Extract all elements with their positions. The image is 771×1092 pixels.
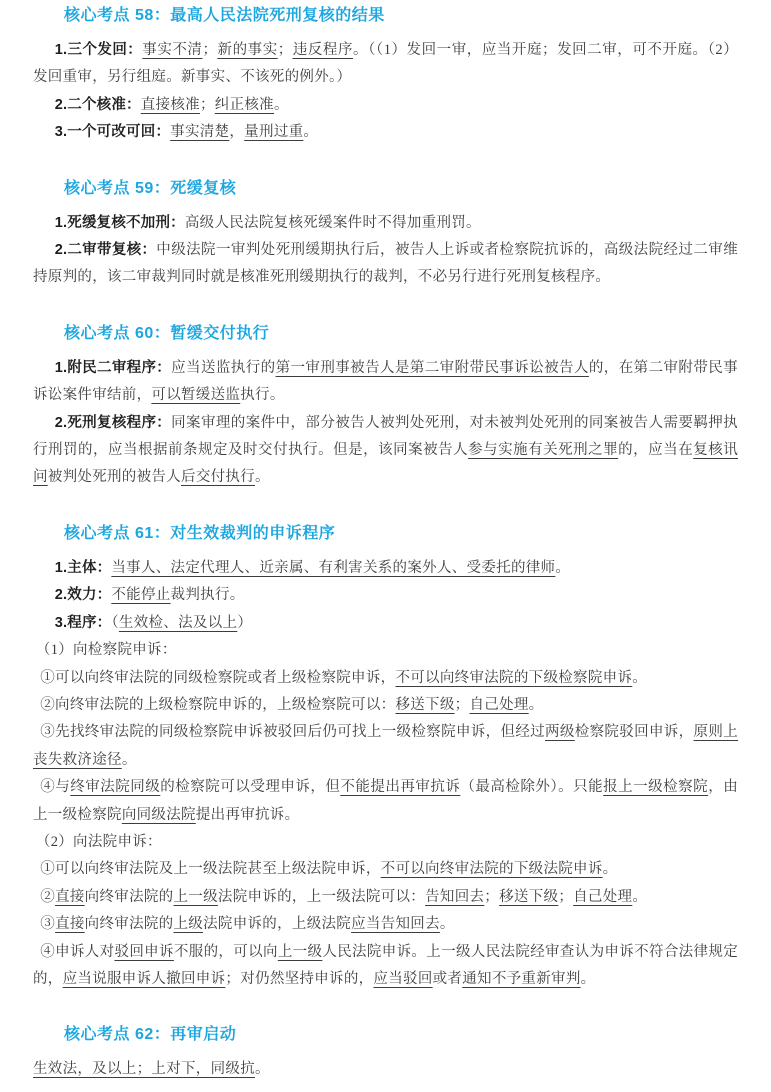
- text-run: ；: [558, 889, 573, 905]
- section-60: 核心考点 60：暂缓交付执行1.附民二审程序：应当送监执行的第一审刑事被告人是第…: [33, 323, 738, 492]
- underlined-key-phrase: 两级: [545, 724, 575, 740]
- underlined-key-phrase: 违反程序: [293, 42, 353, 58]
- section-61: 核心考点 61：对生效裁判的申诉程序1.主体：当事人、法定代理人、近亲属、有利害…: [33, 523, 738, 994]
- underlined-key-phrase: 第一审刑事被告人是第二审附带民事诉讼被告人: [276, 360, 589, 376]
- text-run: （: [111, 615, 119, 631]
- paragraph: ②向终审法院的上级检察院申诉的，上级检察院可以：移送下级；自己处理。: [33, 692, 738, 719]
- text-run: ；: [455, 697, 470, 713]
- underlined-key-phrase: 直接: [55, 889, 85, 905]
- paragraph: 3.一个可改可回：事实清楚，量刑过重。: [33, 119, 738, 146]
- text-run: 法院申诉的，上一级法院可以：: [218, 889, 425, 905]
- text-run: 。: [440, 916, 455, 932]
- underlined-key-phrase: 应当说服申诉人撤回申诉: [63, 971, 226, 987]
- paragraph: ①可以向终审法院的同级检察院或者上级检察院申诉，不可以向终审法院的下级检察院申诉…: [33, 665, 738, 692]
- section-title: 核心考点 58：最高人民法院死刑复核的结果: [64, 5, 738, 26]
- paragraph: ②直接向终审法院的上一级法院申诉的，上一级法院可以：告知回去；移送下级；自己处理…: [33, 884, 738, 911]
- underlined-key-phrase: 上一级: [278, 944, 323, 960]
- underlined-key-phrase: 纠正核准: [215, 97, 274, 113]
- bold-label: 2.二审带复核：: [55, 242, 157, 258]
- text-run: 裁判执行。: [171, 587, 245, 603]
- text-run: ③: [40, 916, 55, 932]
- paragraph: 1.主体：当事人、法定代理人、近亲属、有利害关系的案外人、受委托的律师。: [33, 555, 738, 582]
- paragraph: ③先找终审法院的同级检察院申诉被驳回后仍可找上一级检察院申诉，但经过两级检察院驳…: [33, 719, 738, 774]
- text-run: ④申诉人对: [40, 944, 114, 960]
- underlined-key-phrase: 参与实施有关死刑之罪: [468, 442, 618, 458]
- paragraph: 生效法，及以上；上对下，同级抗。: [33, 1056, 738, 1083]
- text-run: ；: [200, 97, 215, 113]
- text-run: 。: [555, 560, 570, 576]
- text-run: 应当送监执行的: [171, 360, 275, 376]
- paragraph: 2.二个核准：直接核准；纠正核准。: [33, 92, 738, 119]
- underlined-key-phrase: 生效检、法及以上: [119, 615, 237, 631]
- text-run: 。: [255, 469, 270, 485]
- paragraph: 1.三个发回：事实不清；新的事实；违反程序。（（1）发回一审，应当开庭；发回二审…: [33, 37, 738, 92]
- text-run: ④与: [40, 779, 70, 795]
- bold-label: 2.死刑复核程序：: [55, 415, 171, 431]
- section-title: 核心考点 59：死缓复核: [64, 178, 738, 199]
- text-run: （2）向法院申诉：: [36, 834, 162, 850]
- text-run: 高级人民法院复核死缓案件时不得加重刑罚。: [185, 215, 481, 231]
- text-run: 。: [255, 1061, 270, 1077]
- text-run: 不服的，可以向: [174, 944, 278, 960]
- underlined-key-phrase: 报上一级检察院: [603, 779, 708, 795]
- underlined-key-phrase: 向同级法院: [122, 807, 196, 823]
- paragraph: ③直接向终审法院的上级法院申诉的，上级法院应当告知回去。: [33, 911, 738, 938]
- underlined-key-phrase: 事实清楚: [170, 124, 229, 140]
- underlined-key-phrase: 上一级: [173, 889, 217, 905]
- section-title: 核心考点 60：暂缓交付执行: [64, 323, 738, 344]
- underlined-key-phrase: 上级: [173, 916, 203, 932]
- text-run: ；: [278, 42, 293, 58]
- underlined-key-phrase: 自己处理: [469, 697, 528, 713]
- paragraph: 1.附民二审程序：应当送监执行的第一审刑事被告人是第二审附带民事诉讼被告人的，在…: [33, 355, 738, 410]
- underlined-key-phrase: 通知不予重新审判: [462, 971, 580, 987]
- paragraph: 2.效力：不能停止裁判执行。: [33, 582, 738, 609]
- paragraph: （2）向法院申诉：: [33, 829, 738, 856]
- paragraph: 2.死刑复核程序：同案审理的案件中，部分被告人被判处死刑，对未被判处死刑的同案被…: [33, 410, 738, 492]
- text-run: 向终审法院的: [85, 916, 174, 932]
- underlined-key-phrase: 移送下级: [499, 889, 558, 905]
- paragraph: ④申诉人对驳回申诉不服的，可以向上一级人民法院申诉。上一级人民法院经审查认为申诉…: [33, 939, 738, 994]
- text-run: 提出再审抗诉。: [196, 807, 300, 823]
- text-run: 。: [274, 97, 289, 113]
- underlined-key-phrase: 不能提出再审抗诉: [340, 779, 460, 795]
- paragraph: 1.死缓复核不加刑：高级人民法院复核死缓案件时不得加重刑罚。: [33, 210, 738, 237]
- text-run: 法院申诉的，上级法院: [203, 916, 351, 932]
- underlined-key-phrase: 自己处理: [573, 889, 632, 905]
- text-run: 。: [529, 697, 544, 713]
- underlined-key-phrase: 不可以向终审法院的下级检察院申诉: [395, 670, 632, 686]
- text-run: 。: [122, 752, 137, 768]
- underlined-key-phrase: 不能停止: [111, 587, 170, 603]
- bold-label: 3.一个可改可回：: [55, 124, 170, 140]
- text-run: ）: [237, 615, 252, 631]
- bold-label: 3.程序：: [55, 615, 112, 631]
- underlined-key-phrase: 生效法，及以上；上对下，同级抗: [33, 1061, 255, 1077]
- text-run: ，: [229, 124, 244, 140]
- paragraph: ①可以向终审法院及上一级法院甚至上级法院申诉，不可以向终审法院的下级法院申诉。: [33, 856, 738, 883]
- text-run: ②: [40, 889, 55, 905]
- text-run: ①可以向终审法院及上一级法院甚至上级法院申诉，: [40, 861, 380, 877]
- bold-label: 1.三个发回：: [55, 42, 143, 58]
- section-59: 核心考点 59：死缓复核1.死缓复核不加刑：高级人民法院复核死缓案件时不得加重刑…: [33, 178, 738, 292]
- bold-label: 1.死缓复核不加刑：: [55, 215, 185, 231]
- bold-label: 2.效力：: [55, 587, 112, 603]
- paragraph: 2.二审带复核：中级法院一审判处死刑缓期执行后，被告人上诉或者检察院抗诉的，高级…: [33, 237, 738, 292]
- underlined-key-phrase: 当事人、法定代理人、近亲属、有利害关系的案外人、受委托的律师: [111, 560, 555, 576]
- text-run: 的，应当在: [618, 442, 693, 458]
- underlined-key-phrase: 事实不清: [142, 42, 202, 58]
- text-run: 。: [581, 971, 596, 987]
- text-run: 。: [603, 861, 618, 877]
- section-58: 核心考点 58：最高人民法院死刑复核的结果1.三个发回：事实不清；新的事实；违反…: [33, 5, 738, 147]
- underlined-key-phrase: 不可以向终审法院的下级法院申诉: [381, 861, 603, 877]
- underlined-key-phrase: 移送下级: [395, 697, 454, 713]
- text-run: ②向终审法院的上级检察院申诉的，上级检察院可以：: [40, 697, 395, 713]
- underlined-key-phrase: 直接: [55, 916, 85, 932]
- section-title: 核心考点 62：再审启动: [64, 1024, 738, 1045]
- underlined-key-phrase: 终审法院同级: [70, 779, 160, 795]
- text-run: 的检察院可以受理申诉，但: [160, 779, 340, 795]
- text-run: ①可以向终审法院的同级检察院或者上级检察院申诉，: [40, 670, 395, 686]
- text-run: 或者: [433, 971, 463, 987]
- text-run: 。: [303, 124, 318, 140]
- text-run: （1）向检察院申诉：: [36, 642, 177, 658]
- text-run: 检察院驳回申诉，: [575, 724, 694, 740]
- text-run: 被判处死刑的被告人: [48, 469, 181, 485]
- paragraph: ④与终审法院同级的检察院可以受理申诉，但不能提出再审抗诉（最高检除外）。只能报上…: [33, 774, 738, 829]
- paragraph: （1）向检察院申诉：: [33, 637, 738, 664]
- paragraph: 3.程序：（生效检、法及以上）: [33, 610, 738, 637]
- text-run: 向终审法院的: [85, 889, 174, 905]
- bold-label: 1.主体：: [55, 560, 112, 576]
- underlined-key-phrase: 应当驳回: [373, 971, 432, 987]
- text-run: ③先找终审法院的同级检察院申诉被驳回后仍可找上一级检察院申诉，但经过: [40, 724, 545, 740]
- underlined-key-phrase: 驳回申诉: [114, 944, 173, 960]
- text-run: 。: [632, 670, 647, 686]
- text-run: 。: [632, 889, 647, 905]
- underlined-key-phrase: 直接核准: [141, 97, 200, 113]
- underlined-key-phrase: 量刑过重: [244, 124, 303, 140]
- text-run: ；: [202, 42, 217, 58]
- bold-label: 2.二个核准：: [55, 97, 141, 113]
- text-run: 执行。: [240, 387, 284, 403]
- text-run: ；: [484, 889, 499, 905]
- bold-label: 1.附民二审程序：: [55, 360, 171, 376]
- underlined-key-phrase: 告知回去: [425, 889, 484, 905]
- underlined-key-phrase: 新的事实: [217, 42, 277, 58]
- underlined-key-phrase: 应当告知回去: [351, 916, 440, 932]
- text-run: （最高检除外）。只能: [460, 779, 603, 795]
- text-run: ；对仍然坚持申诉的，: [225, 971, 373, 987]
- underlined-key-phrase: 后交付执行: [181, 469, 255, 485]
- underlined-key-phrase: 可以暂缓送监: [151, 387, 240, 403]
- section-title: 核心考点 61：对生效裁判的申诉程序: [64, 523, 738, 544]
- section-62: 核心考点 62：再审启动生效法，及以上；上对下，同级抗。: [33, 1024, 738, 1083]
- document-page: 核心考点 58：最高人民法院死刑复核的结果1.三个发回：事实不清；新的事实；违反…: [0, 0, 771, 1092]
